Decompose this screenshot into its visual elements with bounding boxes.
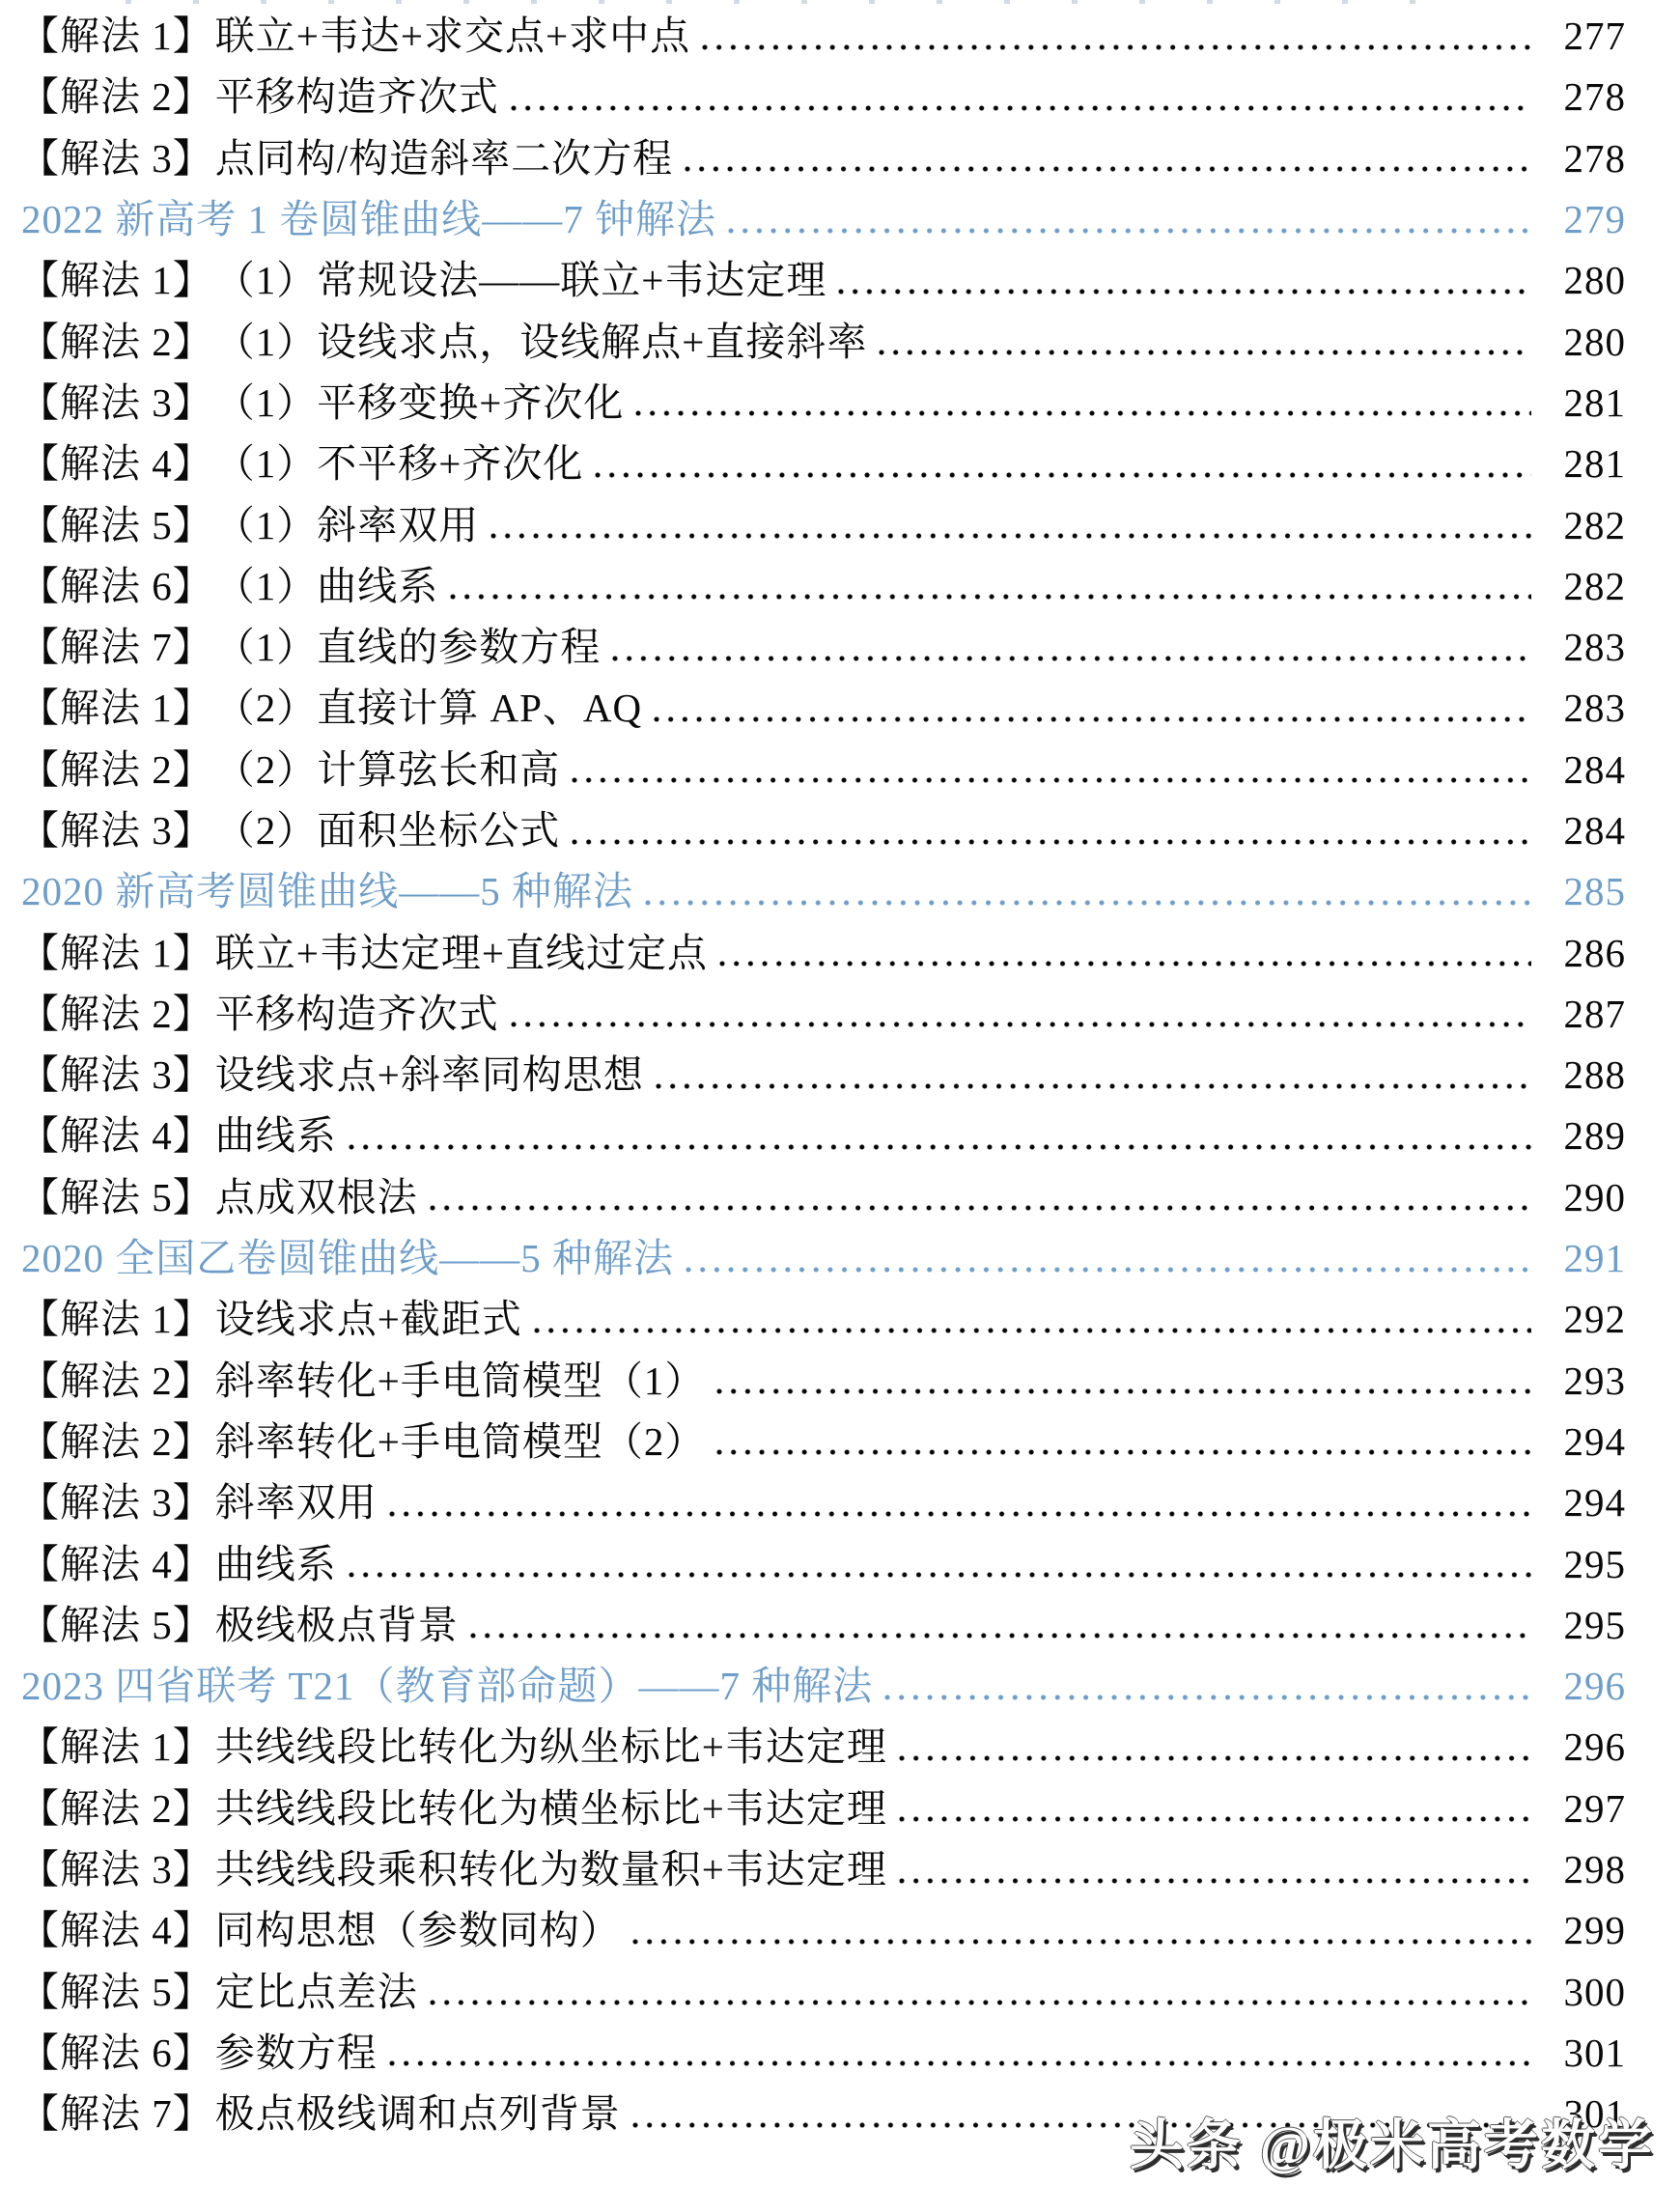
toc-entry-label: 【解法 2】 (19, 77, 213, 117)
toc-row[interactable]: 【解法 3】 点同构/构造斜率二次方程 278 (19, 128, 1626, 189)
toc-entry-label: 【解法 7】 (19, 2094, 213, 2134)
dotted-leader (511, 1021, 1531, 1028)
toc-row[interactable]: 【解法 2】 共线线段比转化为横坐标比+韦达定理 297 (19, 1779, 1626, 1839)
toc-page-number: 281 (1545, 383, 1626, 423)
toc-page-number: 285 (1545, 872, 1626, 911)
toc-entry-title: 斜率转化+手电筒模型（1） (215, 1361, 706, 1401)
dotted-leader (389, 2059, 1531, 2067)
toc-entry-title: 联立+韦达+求交点+求中点 (215, 16, 690, 56)
toc-entry-label: 【解法 5】 (19, 1973, 213, 2012)
toc-entry-title: （2）计算弦长和高 (215, 750, 561, 790)
toc-row[interactable]: 【解法 3】 斜率双用 294 (19, 1472, 1626, 1533)
toc-page-number: 289 (1545, 1116, 1626, 1156)
toc-page-number: 299 (1545, 1911, 1626, 1950)
toc-row[interactable]: 【解法 4】 （1）不平移+齐次化 281 (19, 434, 1626, 494)
toc-row[interactable]: 【解法 2】 平移构造齐次式 278 (19, 67, 1626, 127)
toc-entry-title: （2）面积坐标公式 (215, 811, 561, 851)
watermark: 头条 @极米高考数学 (1130, 2103, 1655, 2180)
dotted-leader (511, 104, 1531, 112)
toc-entry-label: 【解法 2】 (19, 322, 213, 362)
toc-entry-title: 共线线段比转化为纵坐标比+韦达定理 (215, 1727, 887, 1767)
toc-row[interactable]: 【解法 2】 斜率转化+手电筒模型（2） 294 (19, 1412, 1626, 1472)
toc-row[interactable]: 【解法 4】 曲线系 289 (19, 1106, 1626, 1166)
toc-row[interactable]: 【解法 1】 联立+韦达定理+直线过定点 286 (19, 922, 1626, 983)
toc-entry-title: 设线求点+截距式 (215, 1300, 522, 1339)
dotted-leader (645, 899, 1531, 907)
dotted-leader (349, 1571, 1531, 1579)
toc-page-number: 297 (1545, 1789, 1626, 1829)
toc-entry-title: （1）不平移+齐次化 (215, 444, 584, 484)
dotted-leader (728, 227, 1531, 235)
toc-page-number: 287 (1545, 994, 1626, 1034)
toc-entry-label: 【解法 7】 (19, 628, 213, 667)
toc-page-number: 295 (1545, 1606, 1626, 1645)
toc-entry-title: 参数方程 (215, 2033, 378, 2073)
toc-page-number: 282 (1545, 567, 1626, 606)
toc-page-number: 290 (1545, 1178, 1626, 1218)
dotted-leader (884, 1694, 1531, 1701)
toc-section-row[interactable]: 2020 新高考圆锥曲线——5 种解法 285 (19, 861, 1626, 922)
toc-row[interactable]: 【解法 5】 点成双根法 290 (19, 1167, 1626, 1228)
toc-entry-label: 【解法 1】 (19, 16, 213, 56)
toc-section-row[interactable]: 2023 四省联考 T21（教育部命题）——7 种解法 296 (19, 1656, 1626, 1717)
toc-entry-label: 【解法 6】 (19, 567, 213, 606)
dotted-leader (470, 1632, 1531, 1639)
toc-row[interactable]: 【解法 5】 极线极点背景 295 (19, 1595, 1626, 1656)
toc-page-number: 278 (1545, 139, 1626, 179)
toc-page-number: 284 (1545, 811, 1626, 851)
dotted-leader (572, 776, 1531, 784)
cut-off-line-remnant (126, 0, 1477, 4)
toc-entry-label: 【解法 4】 (19, 444, 213, 484)
dotted-leader (389, 1510, 1531, 1518)
toc-entry-title: （1）曲线系 (215, 567, 439, 606)
toc-entry-title: （1）设线求点，设线解点+直接斜率 (215, 322, 868, 362)
dotted-leader (635, 409, 1531, 417)
toc-entry-title: （1）常规设法——联立+韦达定理 (215, 261, 827, 300)
toc-row[interactable]: 【解法 4】 同构思想（参数同构） 299 (19, 1900, 1626, 1961)
toc-page-number: 280 (1545, 322, 1626, 362)
dotted-leader (430, 1999, 1531, 2006)
toc-page-number: 283 (1545, 628, 1626, 667)
dotted-leader (572, 838, 1531, 846)
toc-page-number: 283 (1545, 688, 1626, 728)
toc-entry-title: 点成双根法 (215, 1178, 418, 1218)
toc-entry-label: 【解法 6】 (19, 2033, 213, 2073)
toc-page-number: 288 (1545, 1055, 1626, 1095)
toc-row[interactable]: 【解法 3】 共线线段乘积转化为数量积+韦达定理 298 (19, 1839, 1626, 1900)
dotted-leader (595, 471, 1531, 479)
toc-entry-title: 2020 新高考圆锥曲线——5 种解法 (21, 872, 633, 911)
toc-row[interactable]: 【解法 4】 曲线系 295 (19, 1533, 1626, 1594)
toc-page-number: 279 (1545, 200, 1626, 239)
toc-row[interactable]: 【解法 2】 （1）设线求点，设线解点+直接斜率 280 (19, 311, 1626, 372)
toc-entry-title: （1）直线的参数方程 (215, 628, 602, 667)
toc-page-number: 295 (1545, 1545, 1626, 1584)
toc-row[interactable]: 【解法 2】 （2）计算弦长和高 284 (19, 740, 1626, 800)
toc-row[interactable]: 【解法 5】 （1）斜率双用 282 (19, 494, 1626, 555)
dotted-leader (654, 715, 1531, 723)
toc-entry-title: 联立+韦达定理+直线过定点 (215, 934, 708, 973)
toc-entry-title: 平移构造齐次式 (215, 77, 499, 117)
toc-page-number: 300 (1545, 1973, 1626, 2012)
toc-page-number: 281 (1545, 444, 1626, 484)
dotted-leader (702, 43, 1531, 51)
toc-entry-title: 2020 全国乙卷圆锥曲线——5 种解法 (21, 1239, 674, 1278)
toc-row[interactable]: 【解法 3】 设线求点+斜率同构思想 288 (19, 1045, 1626, 1106)
toc-entry-label: 【解法 3】 (19, 1483, 213, 1523)
toc-row[interactable]: 【解法 1】 （1）常规设法——联立+韦达定理 280 (19, 250, 1626, 311)
toc-page-number: 292 (1545, 1300, 1626, 1339)
toc-entry-title: （2）直接计算 AP、AQ (215, 688, 642, 728)
toc-entry-label: 【解法 3】 (19, 1850, 213, 1890)
toc-page-number: 284 (1545, 750, 1626, 790)
toc-entry-label: 【解法 1】 (19, 688, 213, 728)
toc-entry-label: 【解法 5】 (19, 506, 213, 546)
toc-entry-label: 【解法 3】 (19, 811, 213, 851)
toc-entry-title: 点同构/构造斜率二次方程 (215, 139, 673, 179)
toc-entry-label: 【解法 1】 (19, 261, 213, 300)
toc-row[interactable]: 【解法 3】 （2）面积坐标公式 284 (19, 800, 1626, 861)
toc-page-number: 291 (1545, 1239, 1626, 1278)
toc-row[interactable]: 【解法 5】 定比点差法 300 (19, 1962, 1626, 2023)
toc-row[interactable]: 【解法 6】 参数方程 301 (19, 2023, 1626, 2084)
table-of-contents: 【解法 1】 联立+韦达+求交点+求中点 277 【解法 2】 平移构造齐次式 … (19, 6, 1626, 2144)
toc-row[interactable]: 【解法 1】 设线求点+截距式 292 (19, 1289, 1626, 1350)
document-page: 【解法 1】 联立+韦达+求交点+求中点 277 【解法 2】 平移构造齐次式 … (0, 0, 1680, 2185)
dotted-leader (430, 1204, 1531, 1212)
toc-page-number: 296 (1545, 1727, 1626, 1767)
toc-entry-title: （1）平移变换+齐次化 (215, 383, 625, 423)
toc-row[interactable]: 【解法 3】 （1）平移变换+齐次化 281 (19, 373, 1626, 434)
toc-entry-label: 【解法 1】 (19, 934, 213, 973)
toc-page-number: 280 (1545, 261, 1626, 300)
toc-section-row[interactable]: 2020 全国乙卷圆锥曲线——5 种解法 291 (19, 1228, 1626, 1289)
toc-entry-title: 平移构造齐次式 (215, 994, 499, 1034)
toc-entry-label: 【解法 3】 (19, 1055, 213, 1095)
toc-entry-label: 【解法 2】 (19, 750, 213, 790)
toc-row[interactable]: 【解法 2】 斜率转化+手电筒模型（1） 293 (19, 1351, 1626, 1412)
toc-page-number: 293 (1545, 1361, 1626, 1401)
toc-page-number: 278 (1545, 77, 1626, 117)
toc-entry-label: 【解法 4】 (19, 1911, 213, 1950)
dotted-leader (899, 1815, 1531, 1823)
toc-row[interactable]: 【解法 1】 共线线段比转化为纵坐标比+韦达定理 296 (19, 1717, 1626, 1778)
toc-entry-label: 【解法 4】 (19, 1545, 213, 1584)
toc-entry-title: 斜率转化+手电筒模型（2） (215, 1422, 706, 1462)
dotted-leader (656, 1082, 1531, 1090)
dotted-leader (838, 288, 1531, 295)
toc-page-number: 301 (1545, 2033, 1626, 2073)
dotted-leader (899, 1877, 1531, 1885)
toc-entry-label: 【解法 1】 (19, 1727, 213, 1767)
dotted-leader (716, 1448, 1531, 1456)
toc-row[interactable]: 【解法 6】 （1）曲线系 282 (19, 556, 1626, 617)
dotted-leader (879, 349, 1531, 356)
toc-page-number: 286 (1545, 934, 1626, 973)
toc-entry-title: 同构思想（参数同构） (215, 1911, 621, 1950)
toc-entry-label: 【解法 5】 (19, 1178, 213, 1218)
dotted-leader (686, 1266, 1531, 1274)
toc-entry-label: 【解法 2】 (19, 1422, 213, 1462)
dotted-leader (716, 1387, 1531, 1395)
toc-entry-label: 【解法 5】 (19, 1606, 213, 1645)
toc-page-number: 294 (1545, 1483, 1626, 1523)
toc-entry-title: 共线线段比转化为横坐标比+韦达定理 (215, 1789, 887, 1829)
toc-entry-title: 设线求点+斜率同构思想 (215, 1055, 644, 1095)
toc-entry-title: 共线线段乘积转化为数量积+韦达定理 (215, 1850, 887, 1890)
toc-entry-label: 【解法 2】 (19, 994, 213, 1034)
toc-page-number: 298 (1545, 1850, 1626, 1890)
toc-row[interactable]: 【解法 2】 平移构造齐次式 287 (19, 984, 1626, 1045)
toc-page-number: 277 (1545, 16, 1626, 56)
dotted-leader (685, 165, 1531, 173)
toc-entry-title: 定比点差法 (215, 1973, 418, 2012)
toc-entry-title: 曲线系 (215, 1545, 337, 1584)
toc-page-number: 282 (1545, 506, 1626, 546)
dotted-leader (612, 655, 1531, 662)
dotted-leader (899, 1754, 1531, 1762)
dotted-leader (534, 1327, 1531, 1334)
toc-entry-label: 【解法 1】 (19, 1300, 213, 1339)
toc-entry-label: 【解法 4】 (19, 1116, 213, 1156)
toc-entry-title: 曲线系 (215, 1116, 337, 1156)
dotted-leader (349, 1143, 1531, 1151)
dotted-leader (450, 593, 1531, 601)
toc-entry-title: 2023 四省联考 T21（教育部命题）——7 种解法 (21, 1667, 873, 1706)
toc-entry-label: 【解法 2】 (19, 1789, 213, 1829)
toc-entry-title: 斜率双用 (215, 1483, 378, 1523)
toc-row[interactable]: 【解法 1】 （2）直接计算 AP、AQ 283 (19, 678, 1626, 739)
toc-entry-label: 【解法 3】 (19, 383, 213, 423)
dotted-leader (632, 1938, 1531, 1946)
toc-entry-title: 极点极线调和点列背景 (215, 2094, 621, 2134)
toc-page-number: 296 (1545, 1667, 1626, 1706)
toc-entry-title: 极线极点背景 (215, 1606, 459, 1645)
toc-entry-title: 2022 新高考 1 卷圆锥曲线——7 钟解法 (21, 200, 716, 239)
toc-entry-label: 【解法 3】 (19, 139, 213, 179)
toc-page-number: 294 (1545, 1422, 1626, 1462)
toc-entry-label: 【解法 2】 (19, 1361, 213, 1401)
toc-section-row[interactable]: 2022 新高考 1 卷圆锥曲线——7 钟解法 279 (19, 189, 1626, 250)
toc-row[interactable]: 【解法 1】 联立+韦达+求交点+求中点 277 (19, 6, 1626, 67)
dotted-leader (490, 532, 1531, 540)
toc-row[interactable]: 【解法 7】 （1）直线的参数方程 283 (19, 617, 1626, 678)
dotted-leader (719, 960, 1531, 967)
toc-entry-title: （1）斜率双用 (215, 506, 480, 546)
